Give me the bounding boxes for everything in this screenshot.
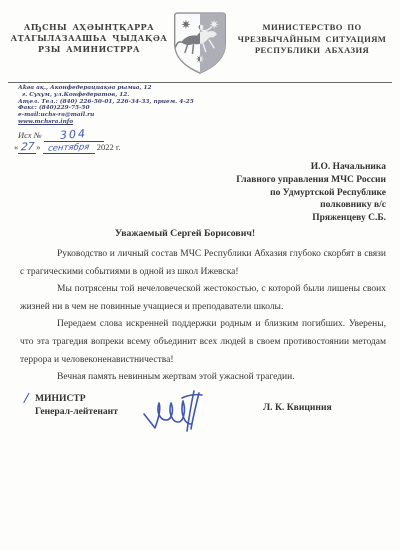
contact-block: Аҟәа ақ., Аконфедерациақәа рымҩа, 12 г. … [18, 85, 208, 126]
date-month-handwritten: сентября [47, 142, 90, 153]
date-day-underline: 27 [18, 141, 36, 154]
signer-name: Л. К. Квициния [263, 402, 332, 413]
paragraph-shock: Мы потрясены той нечеловеческой жестокос… [20, 281, 386, 316]
ministry-title-abkhaz-line1: АҦСНЫ АҲӘЫНҬҚАРРА [8, 22, 170, 33]
ministry-title-russian-line1: МИНИСТЕРСТВО ПО [232, 22, 392, 34]
signer-post-line1: МИНИСТР [35, 392, 118, 405]
letter-page: АҦСНЫ АҲӘЫНҬҚАРРА АҬАГЫЛАЗААШЬА ҶЫДАҚӘА … [0, 0, 400, 550]
email-line: e-mail:uchs-ra@mail.ru [18, 112, 208, 119]
date-year: 2022 г. [97, 142, 121, 152]
outgoing-number-underline: 304 [44, 128, 104, 142]
salutation: Уважаемый Сергей Борисович! [30, 228, 340, 239]
paragraph-condolence: Руководство и личный состав МЧС Республи… [20, 246, 386, 281]
paragraph-support: Передаем слова искренней поддержки родны… [20, 316, 386, 369]
addressee-block: И.О. Начальника Главного управления МЧС … [150, 161, 386, 225]
address-abkhaz: Аҟәа ақ., Аконфедерациақәа рымҩа, 12 [18, 85, 208, 92]
letter-body: Руководство и личный состав МЧС Республи… [20, 246, 386, 387]
addressee-line1: И.О. Начальника [150, 161, 386, 174]
quote-close: » [36, 142, 40, 152]
paragraph-memory: Вечная память невинным жертвам этой ужас… [20, 369, 386, 387]
ministry-title-russian-line2: ЧРЕЗВЫЧАЙНЫМ СИТУАЦИЯМ [232, 34, 392, 46]
ministry-title-abkhaz: АҦСНЫ АҲӘЫНҬҚАРРА АҬАГЫЛАЗААШЬА ҶЫДАҚӘА … [8, 22, 170, 55]
signer-post: МИНИСТР Генерал-лейтенант [35, 392, 118, 418]
signer-post-line2: Генерал-лейтенант [35, 405, 118, 418]
website-line: www.mchsra.info [18, 119, 208, 126]
address-russian: г. Сухум, ул.Конфедератов, 12. [18, 92, 208, 99]
outgoing-number-label: Исх № [18, 130, 42, 140]
addressee-line4: полковнику в/с [150, 199, 386, 212]
ministry-title-russian: МИНИСТЕРСТВО ПО ЧРЕЗВЫЧАЙНЫМ СИТУАЦИЯМ Р… [232, 22, 392, 57]
letterhead-divider [8, 82, 392, 83]
outgoing-number-handwritten: 304 [60, 127, 88, 142]
abkhazia-coat-of-arms-icon [170, 9, 230, 79]
addressee-line3: по Удмуртской Республике [150, 187, 386, 200]
date-month-underline: сентября [43, 142, 95, 154]
ministry-title-abkhaz-line2: АҬАГЫЛАЗААШЬА ҶЫДАҚӘА [8, 33, 170, 44]
addressee-line2: Главного управления МЧС России [150, 174, 386, 187]
ministry-title-russian-line3: РЕСПУБЛИКИ АБХАЗИЯ [232, 45, 392, 57]
handwritten-signature-icon [138, 386, 218, 436]
ministry-title-abkhaz-line3: РЗЫ АМИНИСТРРА [8, 44, 170, 55]
ink-tick-mark: / [22, 391, 29, 407]
addressee-line5: Пряженцеву С.Б. [150, 212, 386, 225]
date-day-handwritten: 27 [20, 141, 34, 154]
date-line: «27» сентября 2022 г. [14, 141, 121, 154]
